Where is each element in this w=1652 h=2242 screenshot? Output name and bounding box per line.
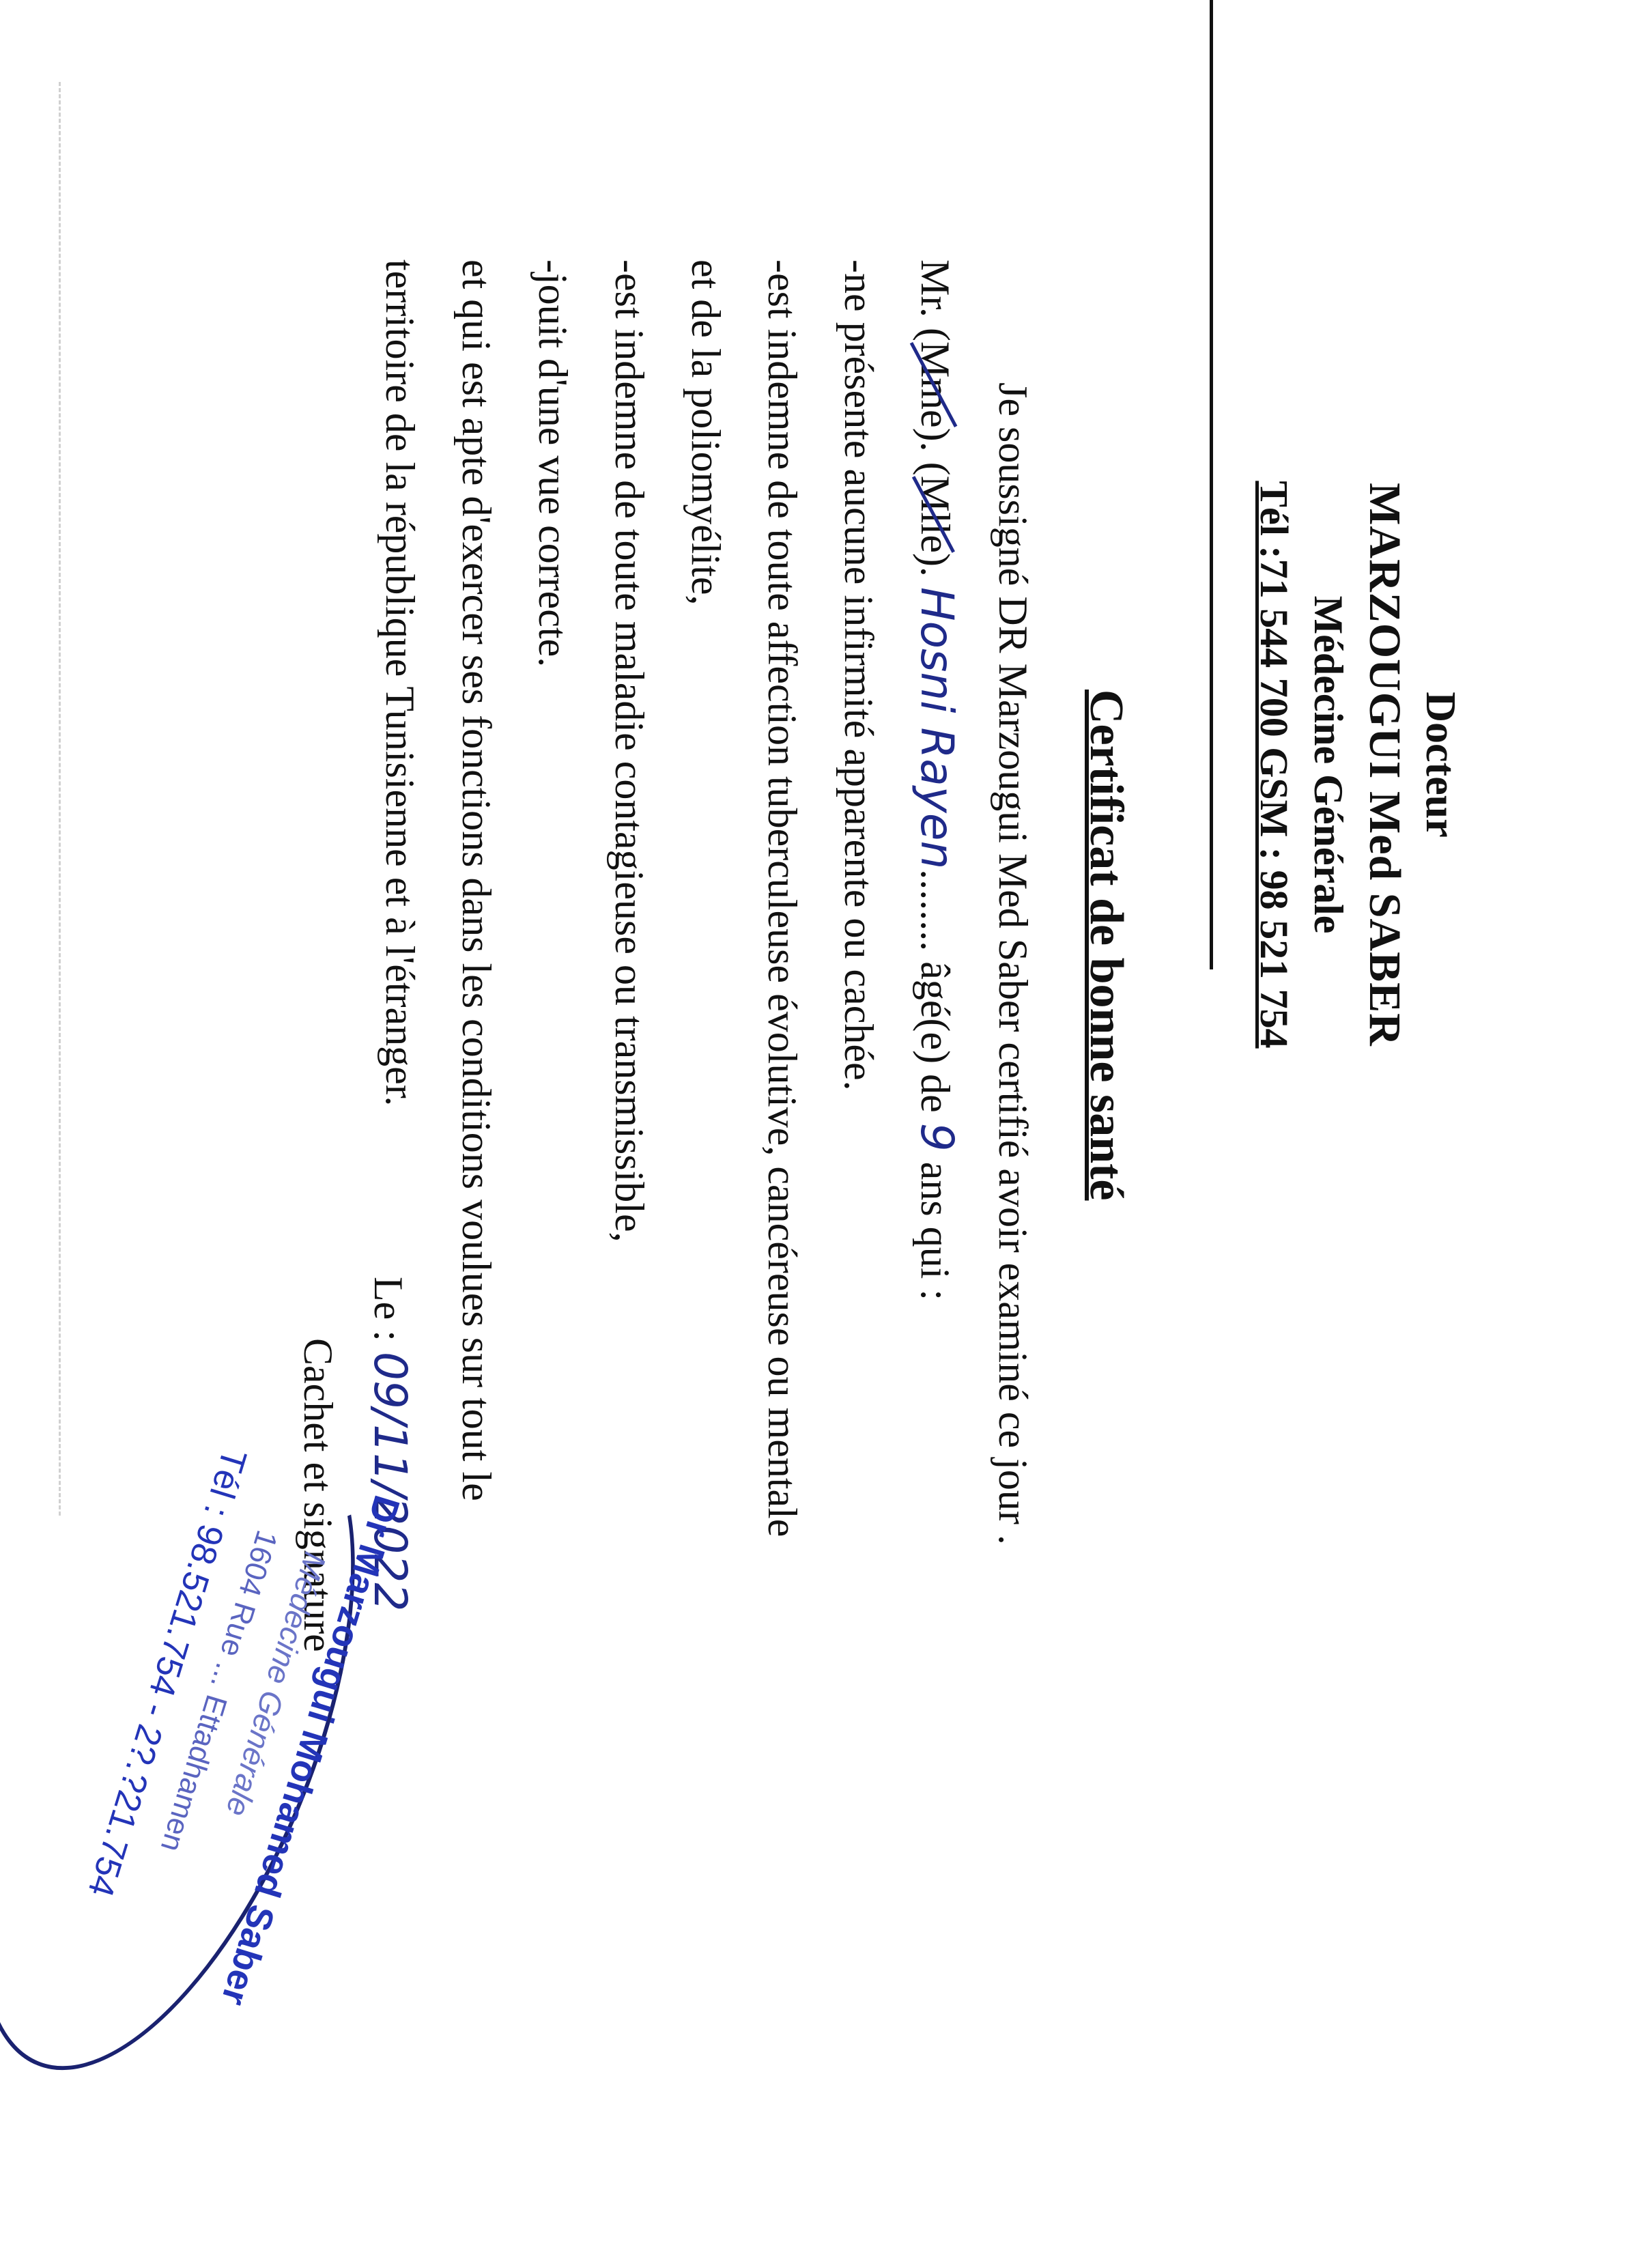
clause-line: -est indemne de toute maladie contagieus… xyxy=(591,259,668,2226)
dots: ........ xyxy=(913,869,958,951)
age-value-handwritten: 9 xyxy=(911,1123,963,1152)
clause-line: et qui est apte d'exercer ses fonctions … xyxy=(438,259,515,2226)
doctor-letterhead: Docteur MARZOUGUI Med SABER Médecine Gén… xyxy=(1247,321,1468,1208)
letterhead-phone: Tél :71 544 700 GSM : 98 521 754 xyxy=(1247,321,1301,1208)
clause-line: -jouit d'une vue correcte. xyxy=(515,259,591,2226)
letterhead-specialty: Médecine Générale xyxy=(1301,321,1356,1208)
patient-prefix: Mr. (Mme). (Mlle). xyxy=(913,259,958,577)
certificate-page: Docteur MARZOUGUI Med SABER Médecine Gén… xyxy=(0,0,1652,2242)
clause-line: -est indemne de toute affection tubercul… xyxy=(744,259,821,2226)
date-label: Le : xyxy=(366,1277,411,1342)
clause-line: territoire de la république Tunisienne e… xyxy=(362,259,438,2226)
document-title: Certificat de bonne santé xyxy=(1079,690,1133,1201)
age-suffix: ans qui : xyxy=(913,1162,958,1301)
patient-name-handwritten: Hosni Rayen xyxy=(911,587,963,869)
clause-line: et de la poliomyélite, xyxy=(668,259,744,2226)
patient-line: Mr. (Mme). (Mlle). Hosni Rayen........ â… xyxy=(897,259,975,2226)
crossed-mme: Mme xyxy=(897,341,973,428)
letterhead-doctor-name: MARZOUGUI Med SABER xyxy=(1356,321,1413,1208)
letterhead-title: Docteur xyxy=(1413,321,1468,1208)
crossed-mlle: Mlle xyxy=(897,476,973,553)
clause-line: -ne présente aucune infirmité apparente … xyxy=(821,259,897,2226)
certificate-body: Je soussigné DR Marzougui Med Saber cert… xyxy=(362,259,1051,2226)
intro-line: Je soussigné DR Marzougui Med Saber cert… xyxy=(975,259,1051,2226)
age-prefix: âgé(e) de xyxy=(913,961,958,1112)
